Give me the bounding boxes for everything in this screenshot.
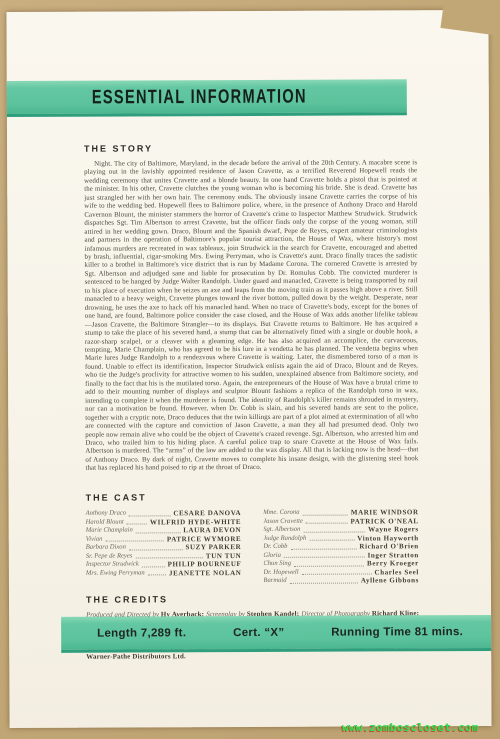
dotted-leader — [290, 582, 358, 583]
cast-actor-name: PHILIP BOURNEUF — [168, 560, 242, 568]
cast-row: Barbara DixonSUZY PARKER — [86, 543, 242, 552]
cast-role: Sr. Pepe de Reyes — [86, 552, 133, 560]
scanned-pressbook-background: ESSENTIAL INFORMATION THE STORY Night. T… — [0, 0, 500, 739]
page-title: ESSENTIAL INFORMATION — [92, 85, 307, 109]
cast-role: Marie Champlain — [86, 527, 133, 535]
cast-row: GloriaInger Stratton — [263, 551, 419, 560]
cast-row: Judge RandolphVinton Hayworth — [263, 534, 419, 543]
cast-actor-name: LAURA DEVON — [183, 526, 241, 534]
dotted-leader — [294, 565, 364, 566]
cast-role: Jason Cravette — [263, 518, 303, 526]
cast-actor-name: WILFRID HYDE-WHITE — [150, 518, 241, 526]
cast-role: Anthony Draco — [86, 510, 127, 518]
cast-actor-name: PATRICE WYMORE — [167, 535, 241, 543]
dotted-leader — [135, 557, 203, 558]
cast-actor-name: PATRICK O'NEAL — [350, 517, 418, 525]
watermark: www.zomboscloset.com — [342, 721, 478, 734]
cast-row: Jason CravettePATRICK O'NEAL — [263, 517, 419, 526]
cast-actor-name: TUN TUN — [206, 552, 241, 560]
dotted-leader — [136, 532, 180, 533]
cast-actor-name: JEANETTE NOLAN — [169, 569, 241, 577]
dotted-leader — [303, 514, 348, 515]
cast-column-left: Anthony DracoCESARE DANOVAHarold BlountW… — [86, 509, 242, 586]
story-text: Night. The city of Baltimore, Maryland, … — [84, 159, 418, 473]
cast-actor-name: SUZY PARKER — [185, 543, 241, 551]
dotted-leader — [129, 549, 183, 550]
cast-role: Dr. Hopewell — [263, 569, 298, 577]
dotted-leader — [306, 523, 348, 524]
dotted-leader — [148, 575, 166, 576]
cast-row: BarmaidAyllene Gibbons — [263, 576, 419, 585]
page-content: THE STORY Night. The city of Baltimore, … — [84, 142, 419, 661]
certificate: Cert. “X” — [233, 626, 284, 638]
page-corner-tear — [440, 0, 500, 36]
dotted-leader — [309, 540, 354, 541]
dotted-leader — [105, 541, 163, 542]
cast-list: Anthony DracoCESARE DANOVAHarold BlountW… — [86, 508, 419, 586]
cast-role: Vivian — [86, 535, 103, 543]
cast-row: Sgt. AlbertsonWayne Rogers — [263, 525, 419, 534]
cast-row: Sr. Pepe de ReyesTUN TUN — [86, 551, 242, 560]
dotted-leader — [284, 557, 365, 558]
dotted-leader — [129, 515, 170, 516]
footer-banner: Length 7,289 ft. Cert. “X” Running Time … — [61, 615, 491, 653]
cast-row: Inspector StrudwickPHILIP BOURNEUF — [86, 560, 242, 569]
running-time: Running Time 81 mins. — [331, 626, 463, 639]
cast-row: Anthony DracoCESARE DANOVA — [86, 509, 242, 518]
cast-role: Inspector Strudwick — [86, 561, 139, 569]
dotted-leader — [302, 574, 372, 575]
cast-role: Chun Sing — [263, 560, 291, 568]
dotted-leader — [142, 566, 165, 567]
dotted-leader — [127, 524, 147, 525]
dotted-leader — [303, 531, 365, 532]
cast-actor-name: Ayllene Gibbons — [361, 577, 419, 585]
cast-role: Gloria — [263, 552, 281, 560]
cast-row: Dr. HopewellCharles Seel — [263, 568, 419, 577]
cast-role: Harold Blount — [86, 518, 124, 526]
cast-row: Dr. CobbRichard O'Brien — [263, 542, 419, 551]
cast-role: Mme. Corona — [263, 509, 299, 517]
cast-row: Marie ChamplainLAURA DEVON — [86, 526, 242, 535]
header-banner: ESSENTIAL INFORMATION — [7, 79, 407, 117]
cast-row: Mrs. Ewing PerrymanJEANETTE NOLAN — [86, 568, 242, 577]
cast-role: Mrs. Ewing Perryman — [86, 569, 145, 577]
dotted-leader — [290, 548, 356, 549]
cast-column-right: Mme. CoronaMARIE WINDSORJason CravettePA… — [263, 508, 419, 585]
pressbook-page: ESSENTIAL INFORMATION THE STORY Night. T… — [6, 10, 491, 728]
cast-role: Judge Randolph — [263, 535, 306, 543]
cast-row: Mme. CoronaMARIE WINDSOR — [263, 508, 419, 517]
cast-actor-name: Inger Stratton — [368, 551, 419, 559]
cast-role: Barmaid — [263, 577, 286, 585]
film-length: Length 7,289 ft. — [97, 627, 186, 639]
cast-actor-name: CESARE DANOVA — [173, 509, 241, 517]
cast-heading: THE CAST — [86, 491, 419, 502]
cast-role: Barbara Dixon — [86, 544, 126, 552]
cast-row: Chun SingBerry Kroeger — [263, 559, 419, 568]
cast-actor-name: MARIE WINDSOR — [351, 509, 419, 517]
cast-actor-name: Berry Kroeger — [367, 560, 419, 568]
cast-actor-name: Richard O'Brien — [359, 543, 418, 551]
cast-role: Sgt. Albertson — [263, 526, 300, 534]
cast-role: Dr. Cobb — [263, 543, 287, 551]
credits-heading: THE CREDITS — [86, 594, 419, 605]
cast-actor-name: Charles Seel — [375, 568, 419, 576]
story-heading: THE STORY — [84, 142, 417, 153]
cast-row: Harold BlountWILFRID HYDE-WHITE — [86, 517, 242, 526]
cast-actor-name: Vinton Hayworth — [357, 534, 418, 542]
cast-row: VivianPATRICE WYMORE — [86, 534, 242, 543]
cast-actor-name: Wayne Rogers — [368, 526, 419, 534]
